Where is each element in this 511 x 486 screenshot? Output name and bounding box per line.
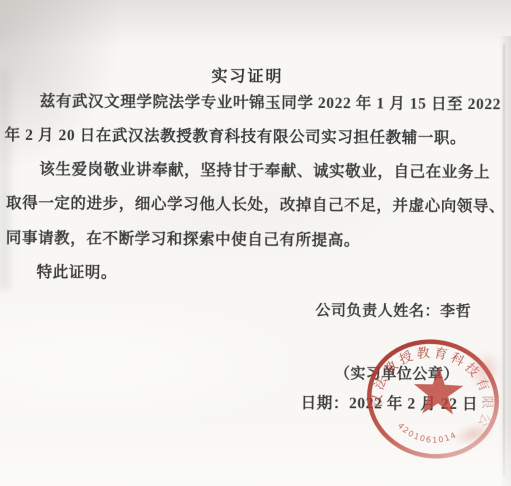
seal-star-icon — [413, 366, 464, 415]
date-label: 日期： — [301, 395, 349, 412]
body-line: 兹有武汉文理学院法学专业叶锦玉同学 2022 年 1 月 15 日至 2022 — [40, 89, 501, 114]
signer-line: 公司负责人姓名：李哲 — [315, 299, 471, 321]
signer-name: 李哲 — [440, 304, 471, 320]
body-line: 同事请教，在不断学习和探索中使自己有所提高。 — [6, 226, 360, 250]
body-line: 特此证明。 — [37, 260, 118, 283]
body-line: 年 2 月 20 日在武汉法教授教育科技有限公司实习担任教辅一职。 — [4, 123, 466, 148]
certificate-title: 实习证明 — [0, 62, 495, 88]
seal-serial-text: 4201061014 — [394, 418, 460, 450]
scanned-certificate-photo: 实习证明 兹有武汉文理学院法学专业叶锦玉同学 2022 年 1 月 15 日至 … — [0, 0, 511, 486]
body-line: 该生爱岗敬业讲奉献，坚持甘于奉献、诚实敬业，自己在业务上 — [39, 157, 490, 182]
body-line: 取得一定的进步，细心学习他人长处，改掉自己不足，并虚心向领导、 — [6, 191, 505, 216]
signer-label: 公司负责人姓名： — [315, 303, 440, 320]
